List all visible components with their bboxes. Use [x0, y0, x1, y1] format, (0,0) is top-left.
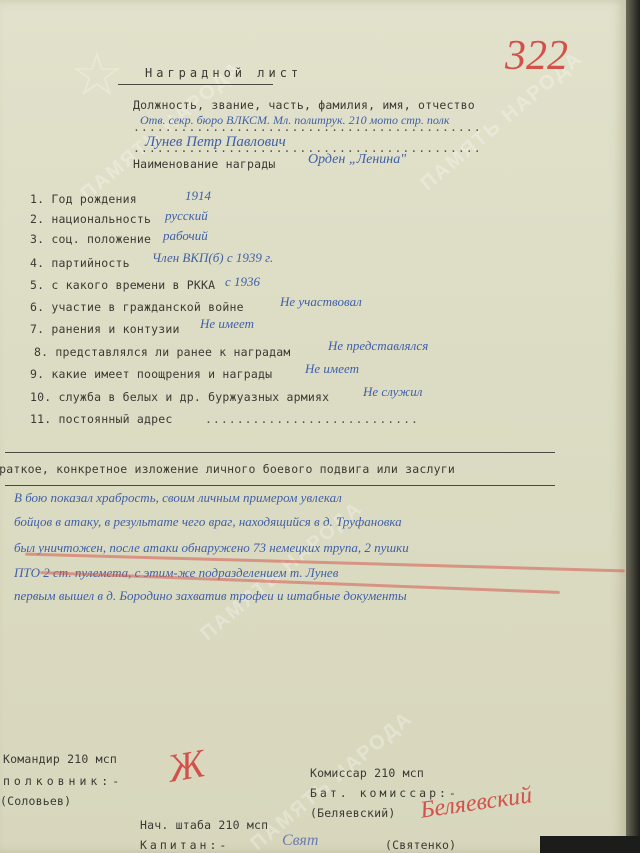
field-value: русский: [165, 208, 208, 224]
commander-name: (Соловьев): [0, 794, 71, 808]
feat-line: первым вышел в д. Бородино захватив троф…: [14, 588, 407, 604]
field-label: 7. ранения и контузии: [30, 322, 180, 336]
field-label: 10. служба в белых и др. буржуазных арми…: [30, 390, 329, 404]
feat-heading: Краткое, конкретное изложение личного бо…: [0, 462, 455, 476]
field-label: 11. постоянный адрес: [30, 412, 172, 426]
commissar-name: (Беляевский): [310, 806, 395, 820]
chief-of-staff-signature: Свят: [282, 832, 318, 850]
field-label: 4. партийность: [30, 256, 130, 270]
watermark: ПАМЯТЬ НАРОДА: [246, 707, 417, 853]
field-value: с 1936: [225, 274, 260, 290]
feat-line: В бою показал храбрость, своим личным пр…: [14, 490, 342, 506]
chief-of-staff-name: (Святенко): [385, 838, 456, 852]
award-value: Орден „Ленина": [308, 152, 406, 168]
field-label: 3. соц. положение: [30, 232, 151, 246]
field-value: Не имеет: [305, 361, 359, 377]
field-label: 6. участие в гражданской войне: [30, 300, 244, 314]
field-value: Не служил: [363, 384, 422, 400]
commander-rank: полковник:-: [3, 774, 123, 788]
field-label: 1. Год рождения: [30, 192, 137, 206]
field-label: 8. представлялся ли ранее к наградам: [34, 345, 290, 359]
scan-edge: [540, 836, 640, 853]
archive-number: 322: [505, 32, 568, 80]
dotted-line: ...........................: [205, 412, 419, 426]
section-divider: [5, 452, 555, 453]
watermark-star-icon: ☆: [70, 40, 124, 110]
commander-signature: Ж: [164, 739, 208, 792]
field-label: 9. какие имеет поощрения и награды: [30, 367, 272, 381]
feat-line: бойцов в атаку, в результате чего враг, …: [14, 514, 402, 530]
award-sheet-page: ☆ ПАМЯТЬ НАРОДА ПАМЯТЬ НАРОДА ПАМЯТЬ НАР…: [0, 0, 626, 853]
award-label: Наименование награды: [133, 157, 275, 171]
field-value: рабочий: [163, 228, 208, 244]
position-label: Должность, звание, часть, фамилия, имя, …: [133, 98, 475, 112]
chief-of-staff-rank: Капитан:-: [140, 838, 229, 852]
field-label: 2. национальность: [30, 212, 151, 226]
field-value: Не имеет: [200, 316, 254, 332]
commander-title: Командир 210 мсп: [3, 752, 117, 766]
field-label: 5. с какого времени в РККА: [30, 278, 215, 292]
scan-edge: [626, 0, 640, 853]
field-value: Член ВКП(б) с 1939 г.: [152, 250, 273, 266]
document-title: Наградной лист: [145, 66, 302, 80]
field-value: 1914: [185, 188, 211, 204]
field-value: Не участвовал: [280, 294, 362, 310]
field-value: Не представлялся: [328, 338, 428, 354]
commissar-title: Комиссар 210 мсп: [310, 766, 424, 780]
dotted-line: ........................................…: [133, 120, 482, 134]
title-underline: [118, 84, 273, 85]
section-divider: [5, 485, 555, 486]
chief-of-staff-title: Нач. штаба 210 мсп: [140, 818, 268, 832]
